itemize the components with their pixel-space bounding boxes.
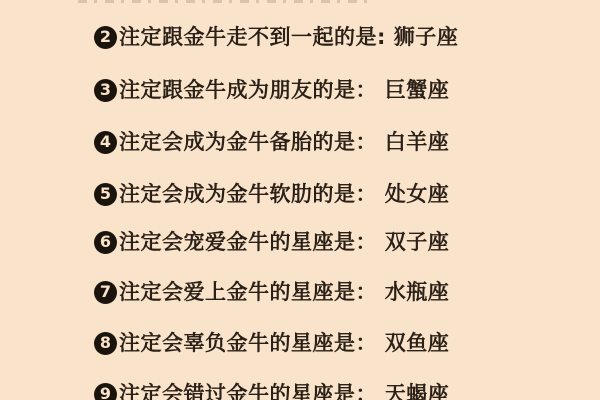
numbered-badge: 4 bbox=[94, 131, 117, 154]
numbered-badge: 9 bbox=[94, 383, 117, 400]
numbered-badge: 7 bbox=[94, 281, 117, 304]
list-item-text: 注定会爱上金牛的星座是： 水瓶座 bbox=[119, 280, 449, 304]
list-item: 2 注定跟金牛走不到一起的是: 狮子座 bbox=[94, 25, 458, 49]
zodiac-compatibility-page: 2 注定跟金牛走不到一起的是: 狮子座 3 注定跟金牛成为朋友的是： 巨蟹座 4… bbox=[0, 0, 600, 400]
list-item: 7 注定会爱上金牛的星座是： 水瓶座 bbox=[94, 280, 449, 304]
list-item-text: 注定会宠爱金牛的星座是： 双子座 bbox=[119, 230, 449, 254]
list-item-text: 注定会辜负金牛的星座是： 双鱼座 bbox=[119, 331, 449, 355]
list-item: 5 注定会成为金牛软肋的是： 处女座 bbox=[94, 182, 449, 206]
list-item: 9 注定会错过金牛的星座是： 天蝎座 bbox=[94, 382, 449, 400]
list-item-text: 注定会成为金牛软肋的是： 处女座 bbox=[119, 182, 449, 206]
list-item-text: 注定跟金牛走不到一起的是: 狮子座 bbox=[119, 25, 458, 49]
numbered-badge: 3 bbox=[94, 79, 117, 102]
numbered-badge: 8 bbox=[94, 332, 117, 355]
list-item: 4 注定会成为金牛备胎的是： 白羊座 bbox=[94, 130, 449, 154]
numbered-badge: 5 bbox=[94, 183, 117, 206]
clipped-text-row-top bbox=[78, 0, 374, 3]
numbered-badge: 6 bbox=[94, 231, 117, 254]
list-item-text: 注定跟金牛成为朋友的是： 巨蟹座 bbox=[119, 78, 449, 102]
list-item-text: 注定会错过金牛的星座是： 天蝎座 bbox=[119, 382, 449, 400]
numbered-badge: 2 bbox=[94, 26, 117, 49]
list-item: 8 注定会辜负金牛的星座是： 双鱼座 bbox=[94, 331, 449, 355]
list-item: 3 注定跟金牛成为朋友的是： 巨蟹座 bbox=[94, 78, 449, 102]
list-item-text: 注定会成为金牛备胎的是： 白羊座 bbox=[119, 130, 449, 154]
list-item: 6 注定会宠爱金牛的星座是： 双子座 bbox=[94, 230, 449, 254]
